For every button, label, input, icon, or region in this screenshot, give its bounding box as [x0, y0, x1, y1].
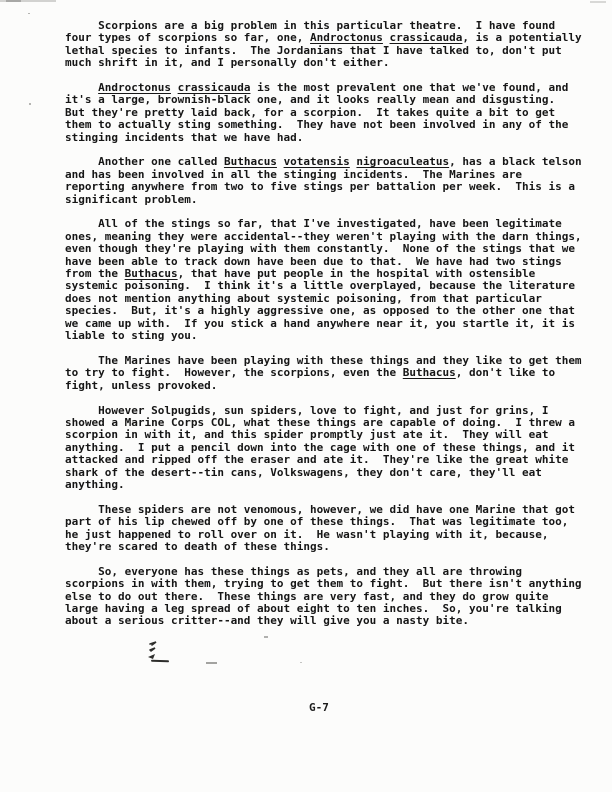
text-run: So, everyone has these things as pets, a…: [65, 565, 582, 628]
paragraph: So, everyone has these things as pets, a…: [65, 566, 600, 628]
scan-artifact-top-streak-dark: [6, 0, 21, 2]
text-run: [383, 31, 390, 44]
text-run: [65, 81, 98, 94]
text-run: Another one called: [65, 155, 224, 168]
species-name: Buthacus: [403, 366, 456, 379]
scan-artifact-speck: [300, 662, 302, 663]
scan-artifact-speck: [29, 103, 31, 105]
species-name: crassicauda: [178, 81, 251, 94]
scan-artifact-top-right-streak: [590, 1, 606, 3]
species-name: Androctonus: [310, 31, 383, 44]
species-name: Buthacus: [125, 267, 178, 280]
text-run: [171, 81, 178, 94]
species-name: nigroaculeatus: [356, 155, 449, 168]
scanned-page: Scorpions are a big problem in this part…: [0, 0, 612, 792]
paragraph: All of the stings so far, that I've inve…: [65, 218, 600, 342]
text-run: These spiders are not venomous, however,…: [65, 503, 575, 553]
species-name: Buthacus: [224, 155, 277, 168]
text-run: [277, 155, 284, 168]
paragraph: Scorpions are a big problem in this part…: [65, 20, 600, 70]
page-number: G-7: [309, 702, 329, 714]
species-name: Androctonus: [98, 81, 171, 94]
paragraph: These spiders are not venomous, however,…: [65, 504, 600, 554]
document-body: Scorpions are a big problem in this part…: [65, 20, 600, 640]
paragraph: The Marines have been playing with these…: [65, 355, 600, 392]
species-name: votatensis: [284, 155, 350, 168]
species-name: crassicauda: [390, 31, 463, 44]
paragraph: Androctonus crassicauda is the most prev…: [65, 82, 600, 144]
text-run: However Solpugids, sun spiders, love to …: [65, 404, 575, 491]
scan-artifact-speck: [28, 13, 30, 14]
faint-dash-mark: [206, 662, 217, 664]
paragraph: Another one called Buthacus votatensis n…: [65, 156, 600, 206]
paragraph: However Solpugids, sun spiders, love to …: [65, 405, 600, 492]
